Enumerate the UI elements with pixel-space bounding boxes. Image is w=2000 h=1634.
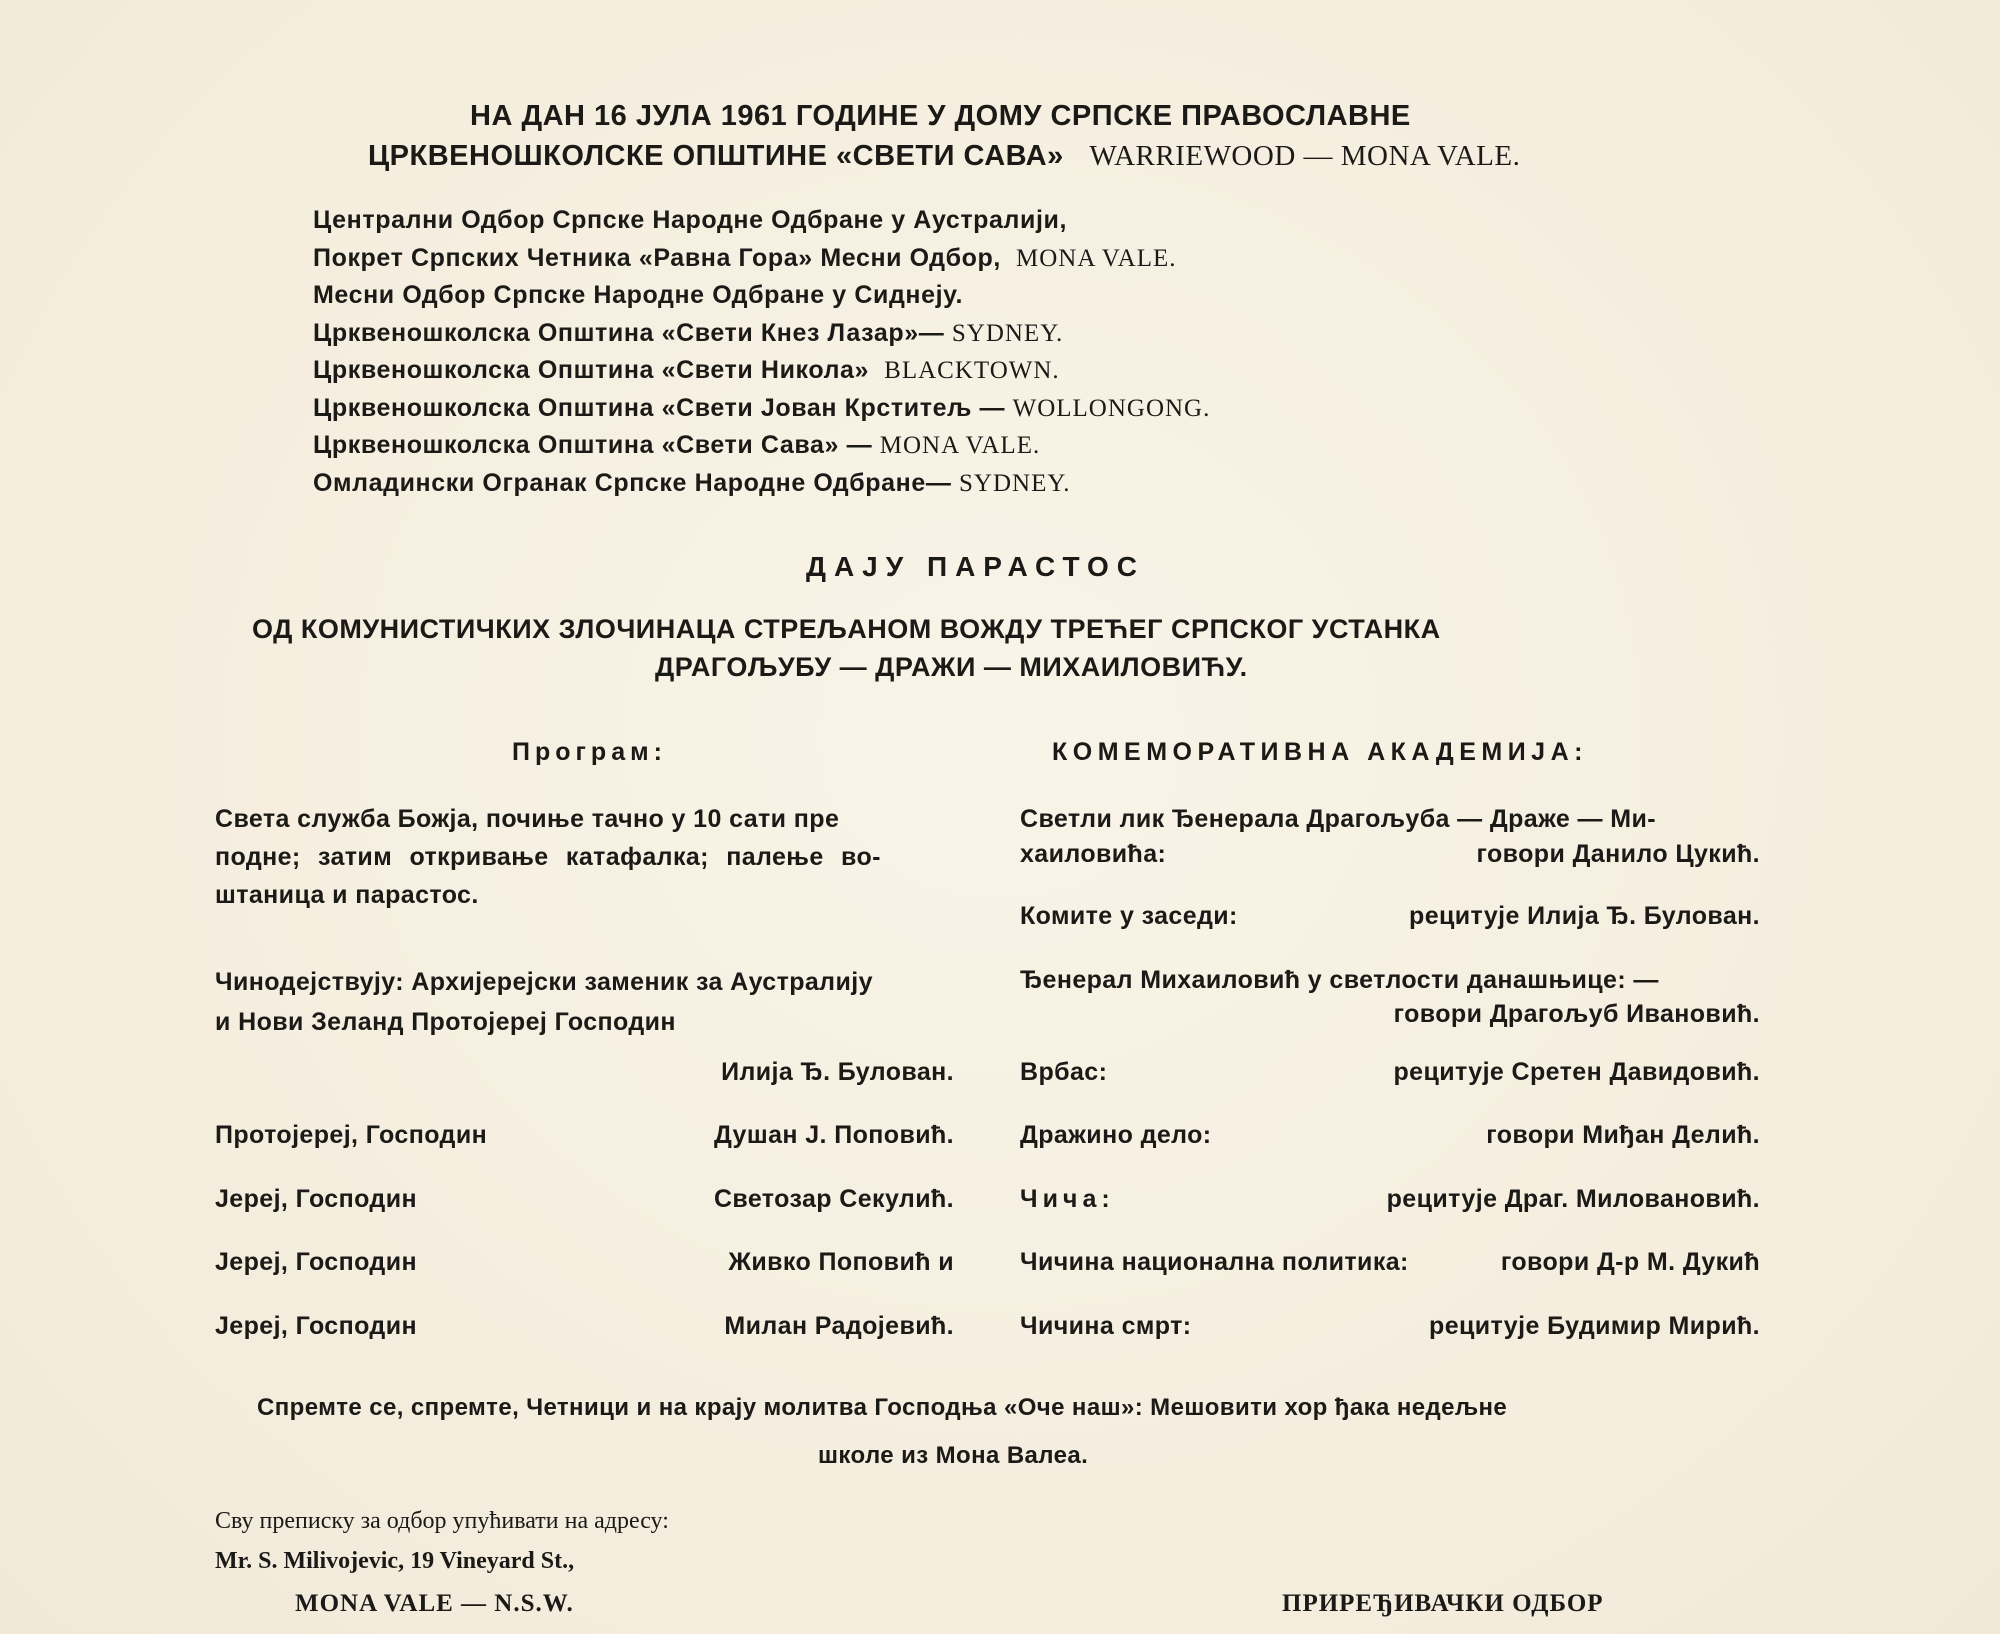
- academy-performer: говори Данило Цукић.: [1477, 840, 1760, 869]
- header-line-2-latin: WARRIEWOOD — MONA VALE.: [1089, 140, 1520, 172]
- org-name: Централни Одбор Српске Народне Одбране у…: [313, 206, 1067, 234]
- academy-performer: говори Драгољуб Ивановић.: [1394, 1000, 1760, 1029]
- dedication-line-1: ОД КОМУНИСТИЧКИХ ЗЛОЧИНАЦА СТРЕЉАНОМ ВОЖ…: [252, 614, 1441, 645]
- header-line-1-text: НА ДАН 16 ЈУЛА 1961 ГОДИНЕ У ДОМУ СРПСКЕ…: [470, 100, 1411, 132]
- org-place: MONA VALE.: [880, 432, 1041, 459]
- organization-item: Црквеношколска Општина «Свети Кнез Лазар…: [313, 319, 1210, 357]
- org-name: Црквеношколска Општина «Свети Никола»: [313, 356, 869, 384]
- org-name: Месни Одбор Српске Народне Одбране у Сид…: [313, 281, 963, 309]
- address-line-2: MONA VALE — N.S.W.: [295, 1590, 574, 1618]
- academy-performer: рецитује Драг. Миловановић.: [1387, 1185, 1760, 1214]
- org-place: SYDNEY.: [952, 320, 1063, 347]
- closing-line-1: Спремте се, спремте, Четници и на крају …: [257, 1394, 1507, 1422]
- academy-topic: Чичина смрт:: [1020, 1312, 1191, 1341]
- academy-heading: КОМЕМОРАТИВНА АКАДЕМИЈА:: [1052, 738, 1588, 767]
- org-name: Омладински Огранак Српске Народне Одбран…: [313, 469, 951, 497]
- address-line-1: Mr. S. Milivojevic, 19 Vineyard St.,: [215, 1548, 574, 1575]
- clergy-title: Јереј, Господин: [215, 1312, 417, 1341]
- clergy-title: Јереј, Господин: [215, 1185, 417, 1214]
- clergy-name: Милан Радојевић.: [724, 1312, 954, 1341]
- organizing-committee-signature: ПРИРЕЂИВАЧКИ ОДБОР: [1282, 1590, 1604, 1618]
- org-name: Црквеношколска Општина «Свети Сава» —: [313, 431, 872, 459]
- program-leaflet: НА ДАН 16 ЈУЛА 1961 ГОДИНЕ У ДОМУ СРПСКЕ…: [0, 0, 2000, 1634]
- organization-item: Црквеношколска Општина «Свети Јован Крст…: [313, 394, 1210, 432]
- org-name: Покрет Српских Четника «Равна Гора» Месн…: [313, 244, 1001, 272]
- org-place: MONA VALE.: [1016, 245, 1177, 272]
- clergy-name: Светозар Секулић.: [714, 1185, 954, 1214]
- academy-topic: Чича:: [1020, 1185, 1115, 1214]
- academy-topic: хаиловића:: [1020, 840, 1166, 869]
- academy-performer: рецитује Будимир Мирић.: [1429, 1312, 1760, 1341]
- org-place: BLACKTOWN.: [884, 357, 1060, 384]
- academy-topic: Чичина национална политика:: [1020, 1248, 1409, 1277]
- org-name: Црквеношколска Општина «Свети Јован Крст…: [313, 394, 1005, 422]
- header-line-2-cyr: ЦРКВЕНОШКОЛСКЕ ОПШТИНЕ «СВЕТИ САВА»: [368, 140, 1064, 172]
- officiant-main: Илија Ђ. Булован.: [721, 1058, 954, 1087]
- organization-item: Покрет Српских Четника «Равна Гора» Месн…: [313, 244, 1210, 282]
- header-line-2: ЦРКВЕНОШКОЛСКЕ ОПШТИНЕ «СВЕТИ САВА» WARR…: [368, 140, 1520, 173]
- org-name: Црквеношколска Општина «Свети Кнез Лазар…: [313, 319, 944, 347]
- dedication-line-2: ДРАГОЉУБУ — ДРАЖИ — МИХАИЛОВИЋУ.: [655, 652, 1248, 683]
- header-line-1: НА ДАН 16 ЈУЛА 1961 ГОДИНЕ У ДОМУ СРПСКЕ…: [470, 100, 1411, 133]
- academy-performer: говори Миђан Делић.: [1486, 1121, 1760, 1150]
- service-description: Света служба Божја, почиње тачно у 10 са…: [215, 805, 955, 919]
- organization-item: Омладински Огранак Српске Народне Одбран…: [313, 469, 1210, 507]
- officiants-line: Чинодејствују: Архијерејски заменик за А…: [215, 968, 873, 1008]
- officiants-line: и Нови Зеланд Протојереј Господин: [215, 1008, 873, 1048]
- academy-topic: Врбас:: [1020, 1058, 1107, 1087]
- clergy-name: Живко Поповић и: [728, 1248, 954, 1277]
- clergy-name: Душан Ј. Поповић.: [714, 1121, 954, 1150]
- correspondence-note: Сву преписку за одбор упућивати на адрес…: [215, 1508, 669, 1535]
- org-place: WOLLONGONG.: [1013, 395, 1211, 422]
- officiants-intro: Чинодејствују: Архијерејски заменик за А…: [215, 968, 873, 1048]
- organization-item: Централни Одбор Српске Народне Одбране у…: [313, 206, 1210, 244]
- organization-item: Месни Одбор Српске Народне Одбране у Сид…: [313, 281, 1210, 319]
- organization-item: Црквеношколска Општина «Свети Сава» — MO…: [313, 431, 1210, 469]
- service-line: Света служба Божја, почиње тачно у 10 са…: [215, 805, 955, 843]
- academy-performer: говори Д-р М. Дукић: [1501, 1248, 1760, 1277]
- service-line: подне; затим откривање катафалка; палење…: [215, 843, 955, 881]
- academy-topic-line1: Ђенерал Михаиловић у светлости данашњице…: [1020, 966, 1659, 995]
- clergy-title: Јереј, Господин: [215, 1248, 417, 1277]
- academy-topic: Дражино дело:: [1020, 1121, 1212, 1150]
- service-line: штаница и парастос.: [215, 881, 955, 919]
- page-title: ДАЈУ ПАРАСТОС: [806, 551, 1145, 583]
- organization-item: Црквеношколска Општина «Свети Никола» BL…: [313, 356, 1210, 394]
- academy-performer: рецитује Сретен Давидовић.: [1393, 1058, 1760, 1087]
- organizations-list: Централни Одбор Српске Народне Одбране у…: [313, 206, 1210, 506]
- academy-performer: рецитује Илија Ђ. Булован.: [1409, 902, 1760, 931]
- clergy-title: Протојереј, Господин: [215, 1121, 487, 1150]
- academy-topic-line1: Светли лик Ђенерала Драгољуба — Драже — …: [1020, 805, 1656, 834]
- org-place: SYDNEY.: [959, 470, 1070, 497]
- closing-line-2: школе из Мона Валеа.: [818, 1442, 1088, 1470]
- academy-topic: Комите у заседи:: [1020, 902, 1238, 931]
- program-heading: Програм:: [512, 738, 667, 767]
